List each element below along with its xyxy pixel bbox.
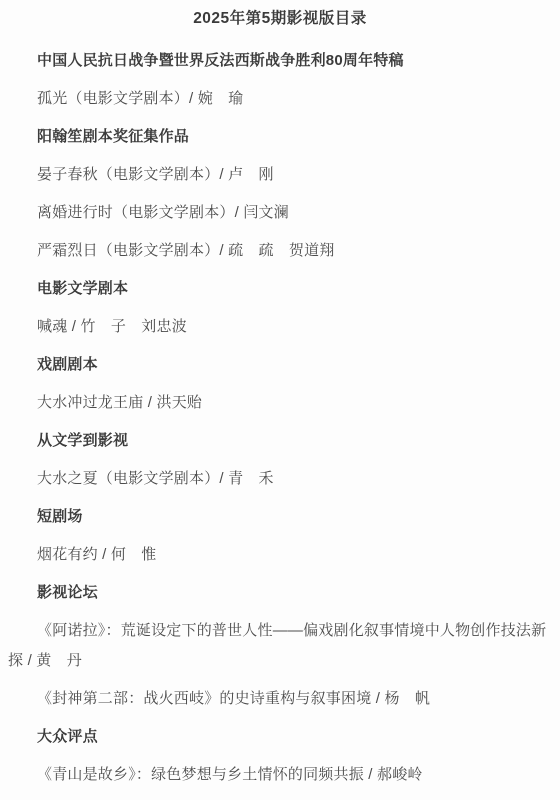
toc-entry: 《青山是故乡》：绿色梦想与乡土情怀的同频共振 / 郝峻岭 [8,760,552,790]
toc-entry: 晏子春秋（电影文学剧本）/ 卢 刚 [8,160,552,190]
page-title: 2025年第5期影视版目录 [8,6,552,32]
section-heading: 从文学到影视 [8,426,552,456]
section-heading: 电影文学剧本 [8,274,552,304]
section-heading: 阳翰笙剧本奖征集作品 [8,122,552,152]
toc-page: 2025年第5期影视版目录 中国人民抗日战争暨世界反法西斯战争胜利80周年特稿 … [0,0,560,800]
toc-entry: 喊魂 / 竹 子 刘忠波 [8,312,552,342]
section-heading: 影视论坛 [8,578,552,608]
toc-entry: 大水冲过龙王庙 / 洪天贻 [8,388,552,418]
section-heading: 中国人民抗日战争暨世界反法西斯战争胜利80周年特稿 [8,46,552,76]
toc-entry: 烟花有约 / 何 惟 [8,540,552,570]
section-heading: 戏剧剧本 [8,350,552,380]
toc-entry: 《阿诺拉》：荒诞设定下的普世人性——偏戏剧化叙事情境中人物创作技法新探 / 黄 … [8,616,552,676]
section-heading: 短剧场 [8,502,552,532]
toc-sections: 中国人民抗日战争暨世界反法西斯战争胜利80周年特稿 孤光（电影文学剧本）/ 婉 … [8,46,552,790]
toc-entry: 严霜烈日（电影文学剧本）/ 疏 疏 贺道翔 [8,236,552,266]
toc-entry: 孤光（电影文学剧本）/ 婉 瑜 [8,84,552,114]
toc-entry: 大水之夏（电影文学剧本）/ 青 禾 [8,464,552,494]
section-heading: 大众评点 [8,722,552,752]
toc-entry: 离婚进行时（电影文学剧本）/ 闫文澜 [8,198,552,228]
toc-entry: 《封神第二部：战火西岐》的史诗重构与叙事困境 / 杨 帆 [8,684,552,714]
